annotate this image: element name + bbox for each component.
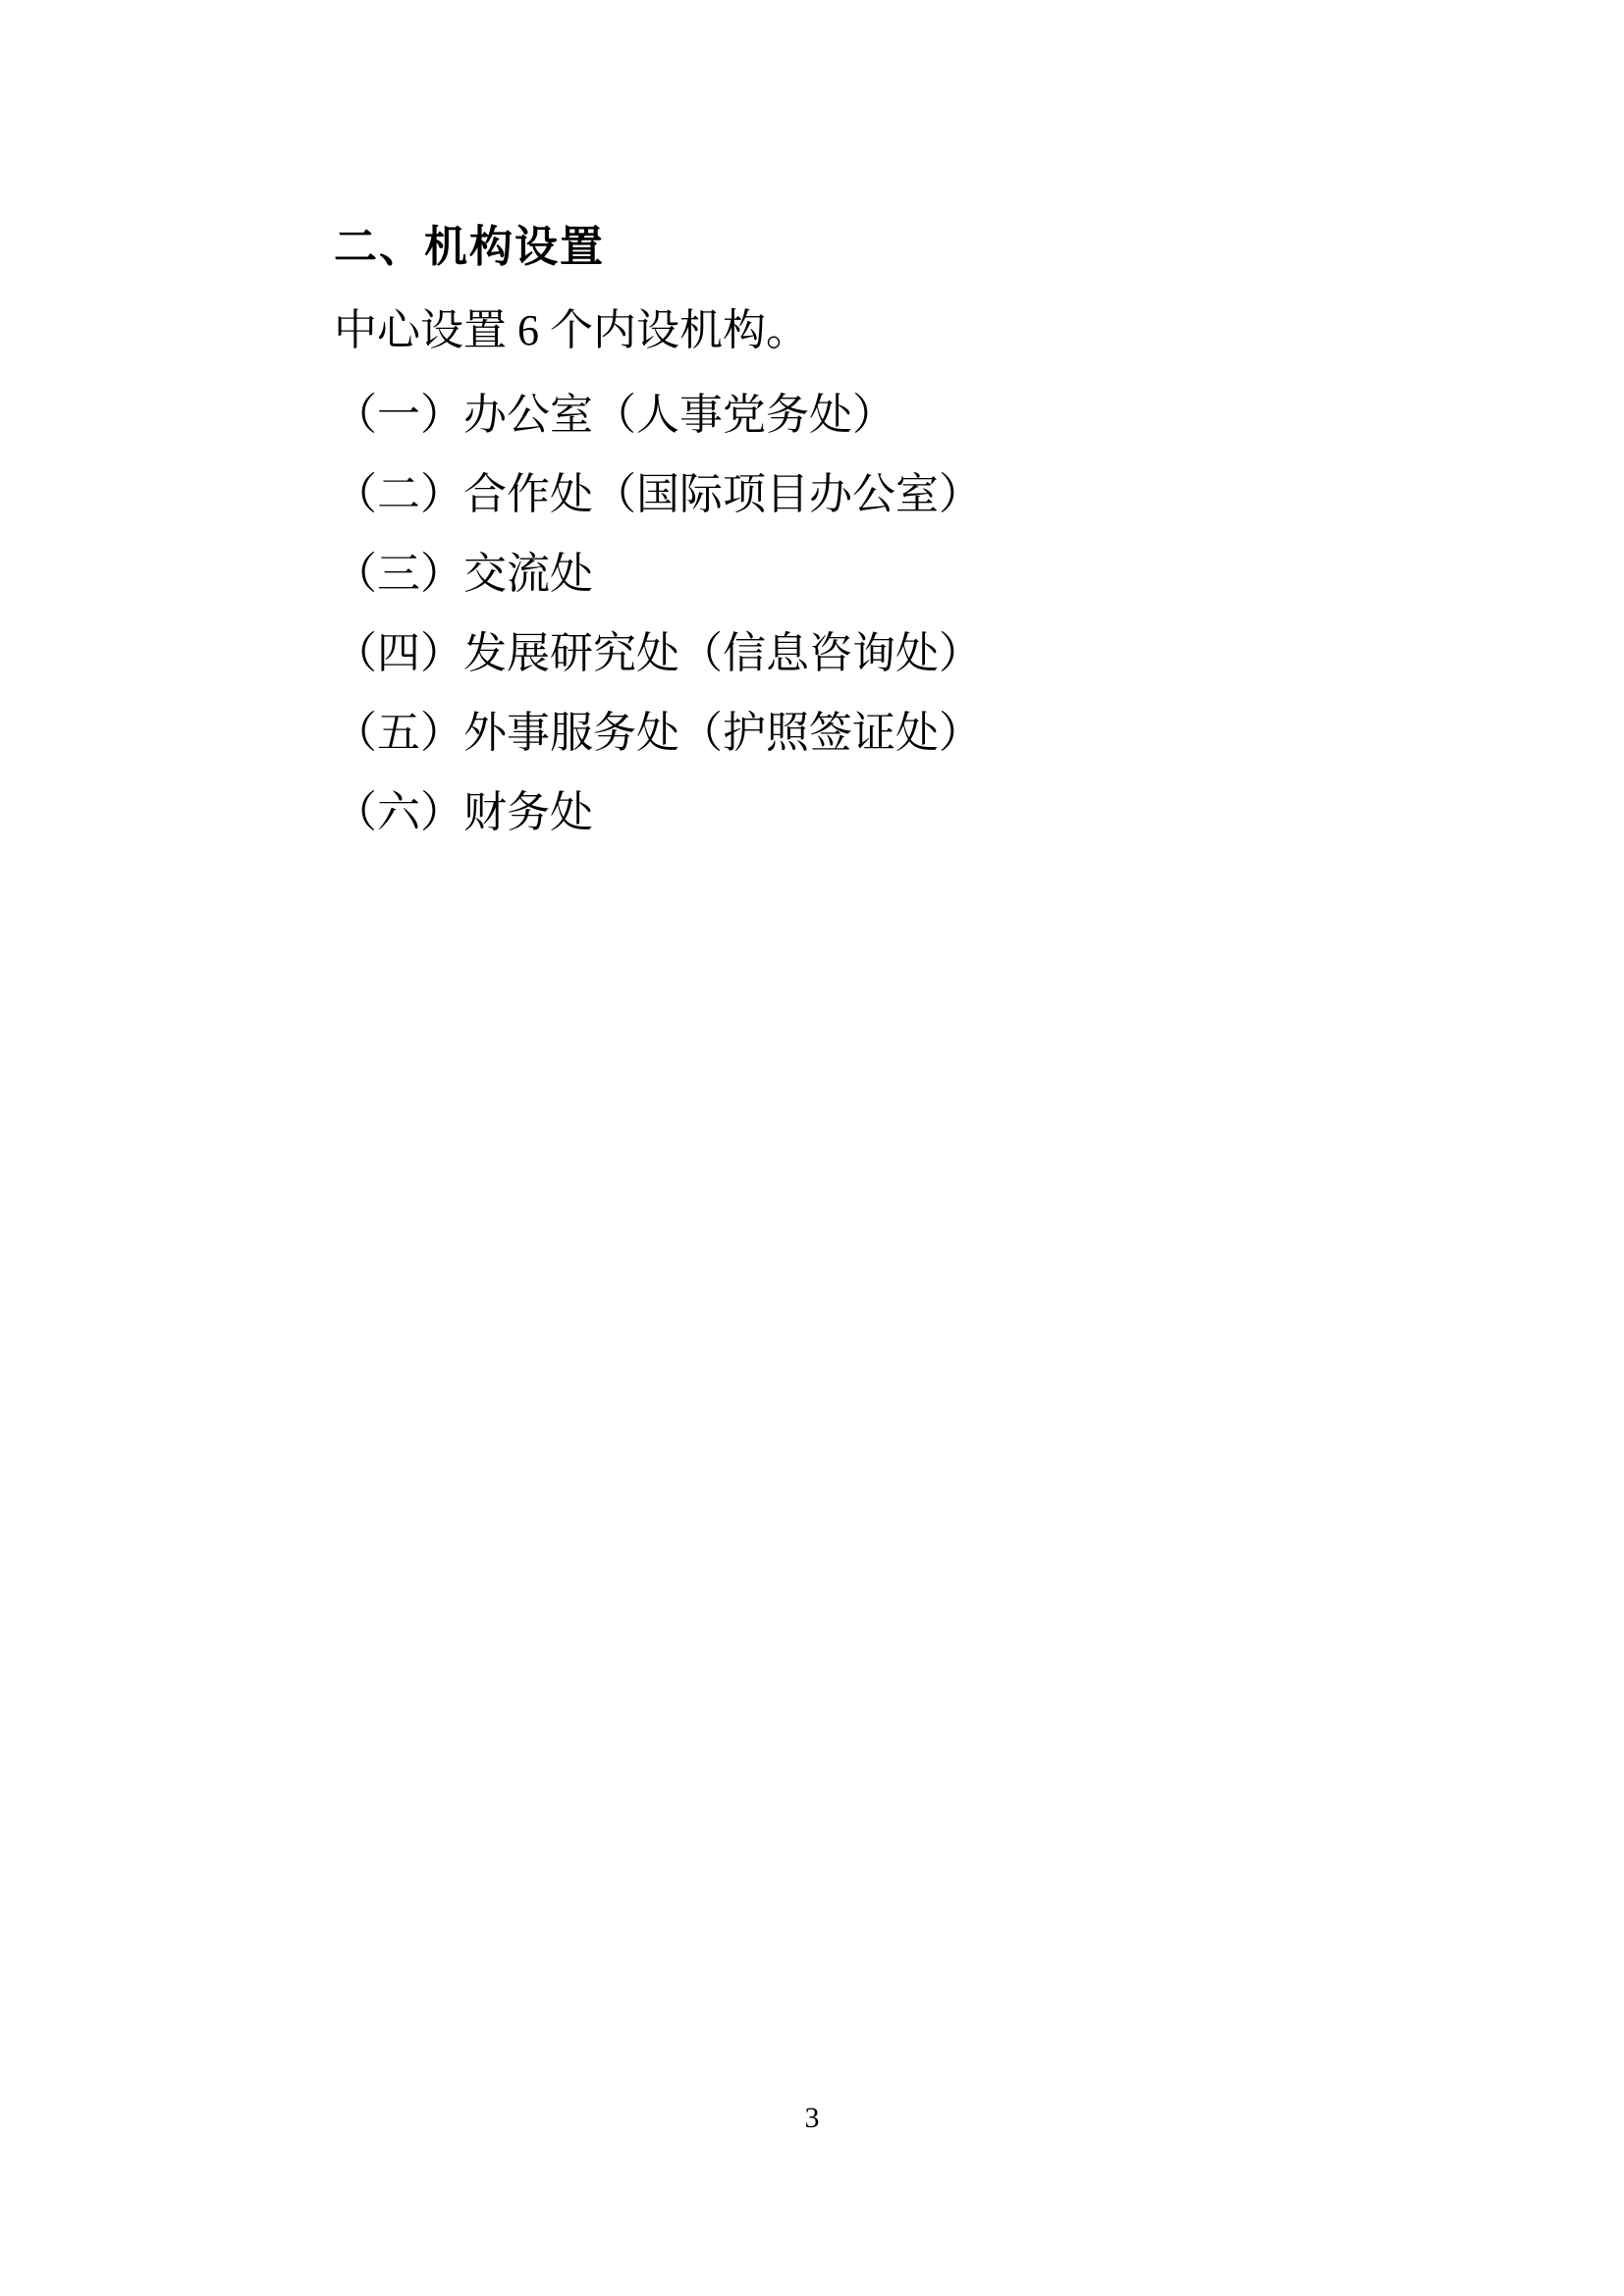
- page-number: 3: [0, 2103, 1624, 2134]
- org-list-item-5: （五）外事服务处（护照签证处）: [334, 712, 1365, 755]
- org-list-item-2: （二）合作处（国际项目办公室）: [334, 473, 1365, 516]
- document-body: 二、机构设置 中心设置 6 个内设机构。 （一）办公室（人事党务处） （二）合作…: [334, 226, 1365, 871]
- org-list-item-4: （四）发展研究处（信息咨询处）: [334, 632, 1365, 675]
- org-list-item-6: （六）财务处: [334, 791, 1365, 834]
- org-list-item-3: （三）交流处: [334, 553, 1365, 596]
- intro-paragraph: 中心设置 6 个内设机构。: [334, 309, 1365, 352]
- document-page: 二、机构设置 中心设置 6 个内设机构。 （一）办公室（人事党务处） （二）合作…: [0, 0, 1624, 2296]
- org-list-item-1: （一）办公室（人事党务处）: [334, 394, 1365, 437]
- section-heading: 二、机构设置: [334, 226, 1365, 269]
